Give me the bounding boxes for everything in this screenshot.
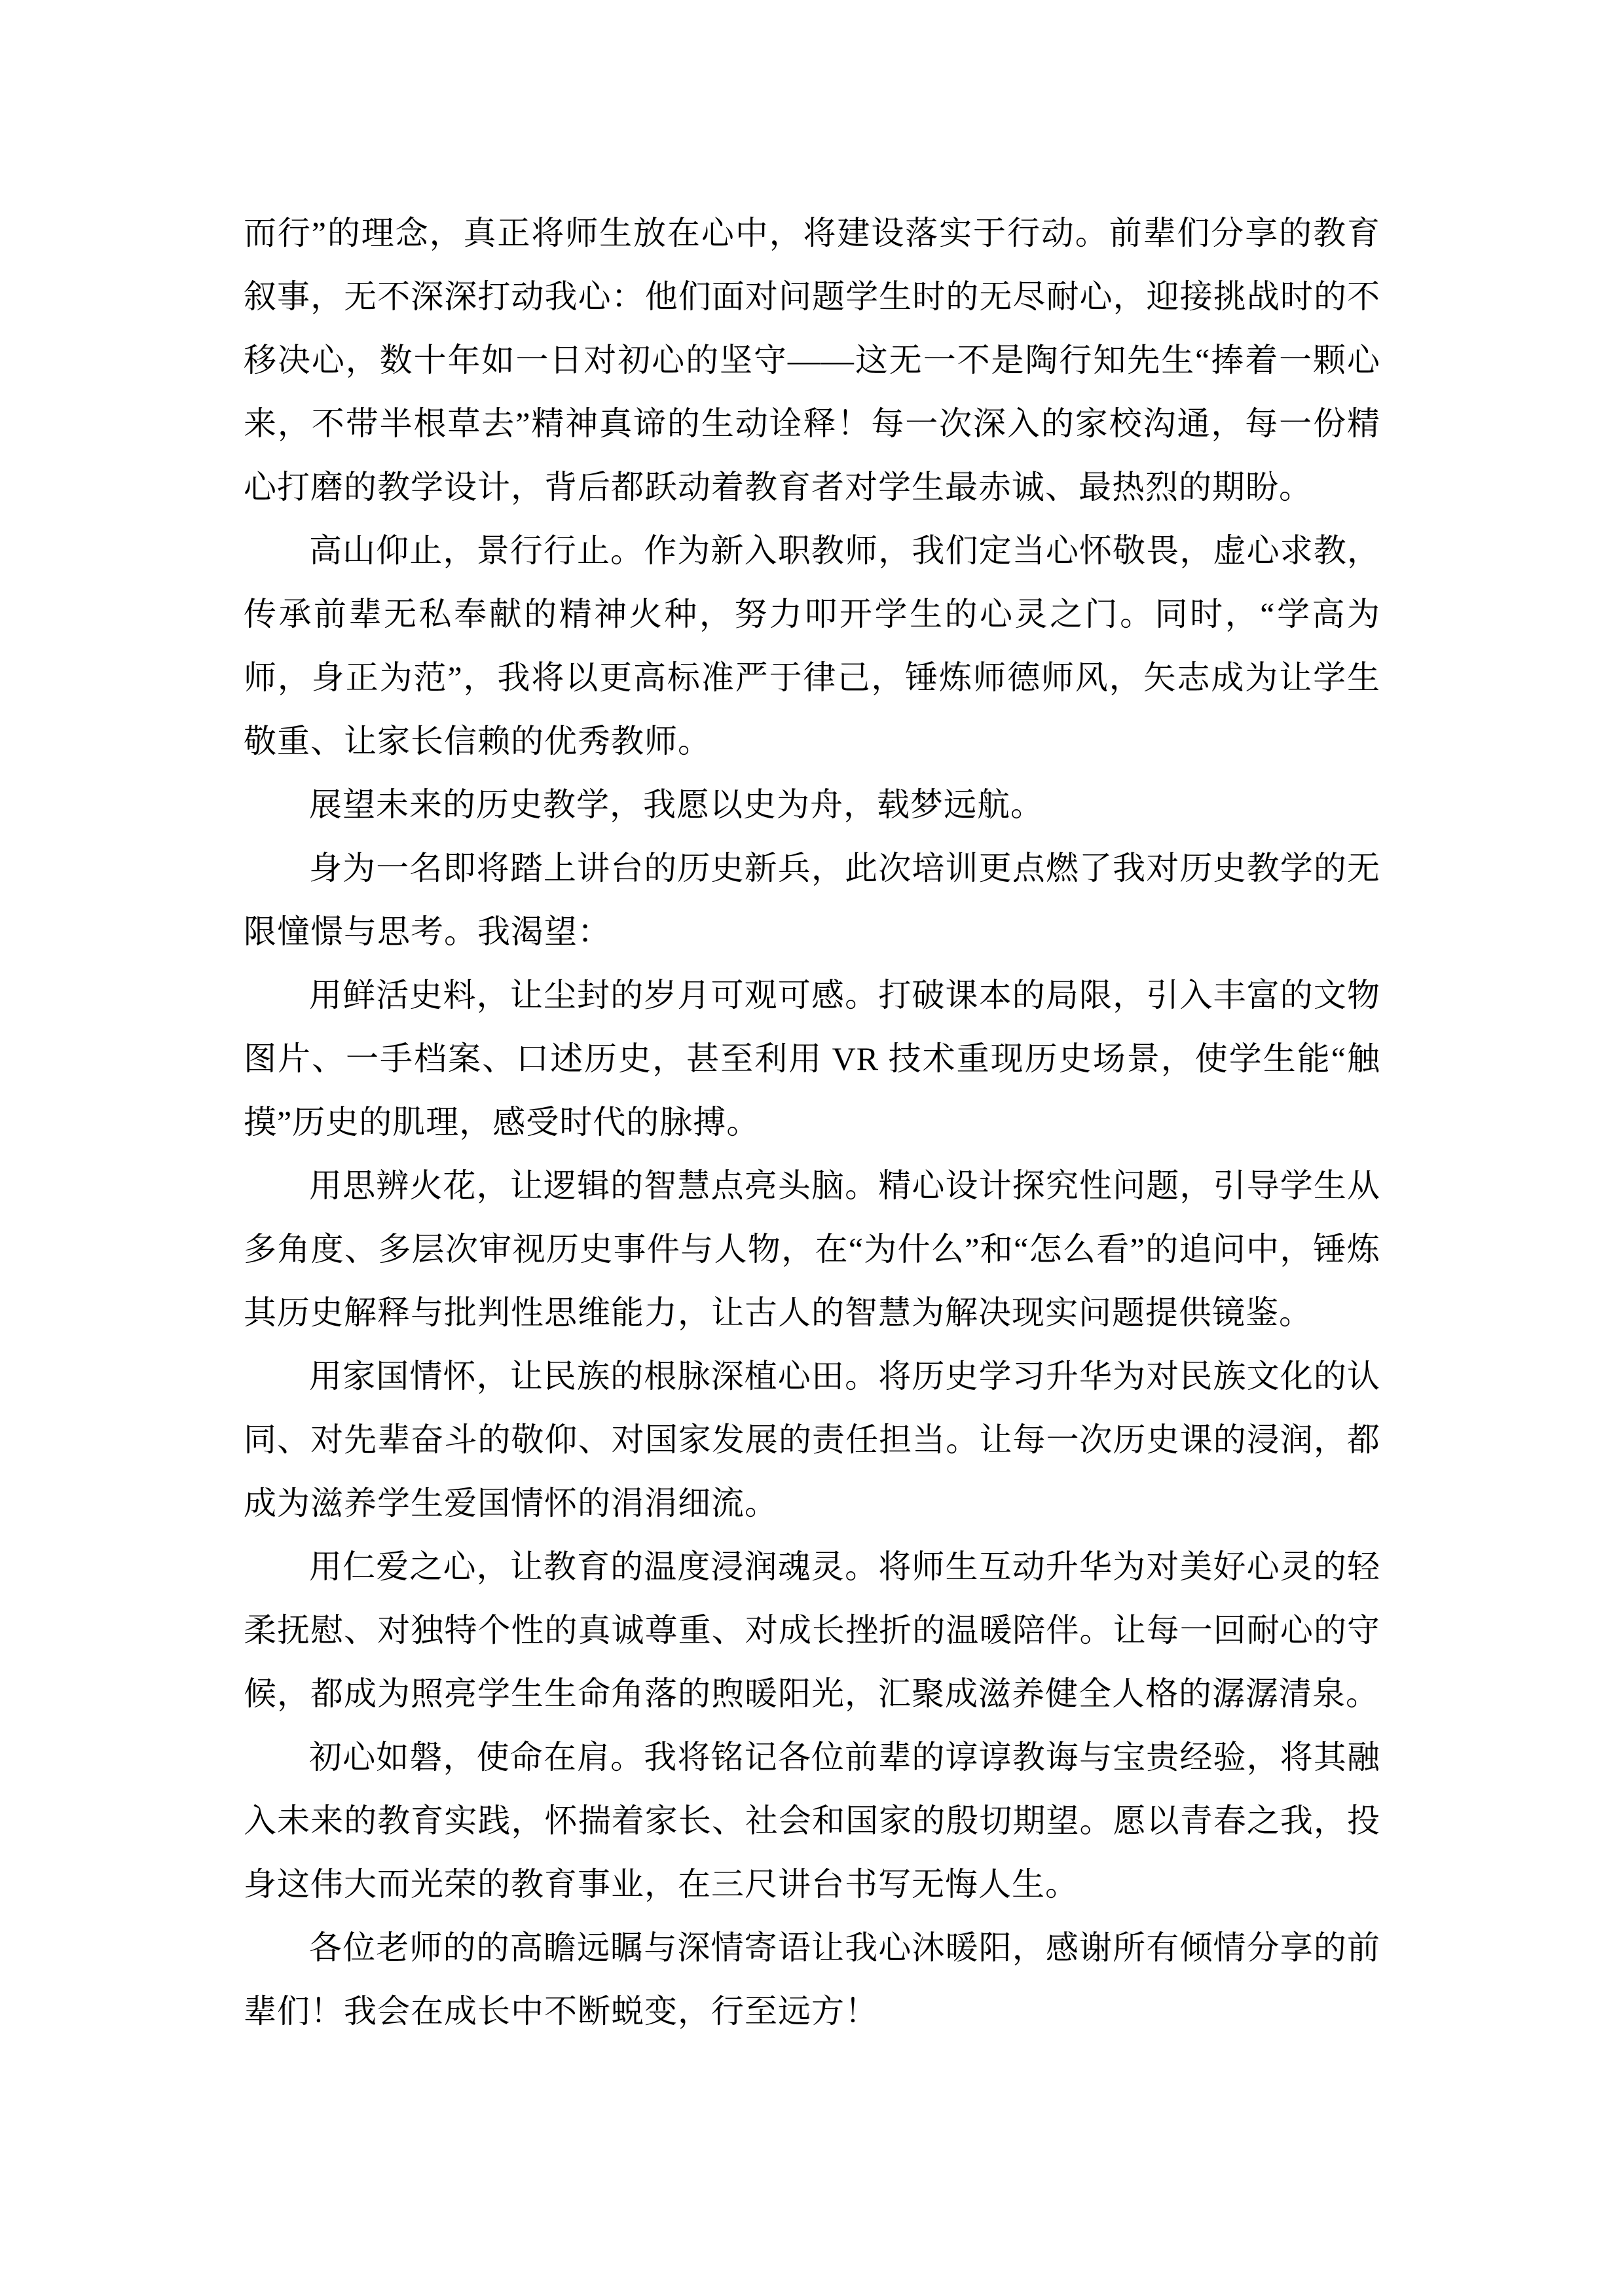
paragraph: 初心如磐，使命在肩。我将铭记各位前辈的谆谆教诲与宝贵经验，将其融入未来的教育实践…: [244, 1726, 1380, 1916]
paragraph: 各位老师的的高瞻远瞩与深情寄语让我心沐暖阳，感谢所有倾情分享的前辈们！我会在成长…: [244, 1916, 1380, 2043]
paragraph: 身为一名即将踏上讲台的历史新兵，此次培训更点燃了我对历史教学的无限憧憬与思考。我…: [244, 837, 1380, 964]
document-page: 而行”的理念，真正将师生放在心中，将建设落实于行动。前辈们分享的教育叙事，无不深…: [0, 0, 1624, 2296]
paragraph: 用鲜活史料，让尘封的岁月可观可感。打破课本的局限，引入丰富的文物图片、一手档案、…: [244, 964, 1380, 1154]
paragraph: 用家国情怀，让民族的根脉深植心田。将历史学习升华为对民族文化的认同、对先辈奋斗的…: [244, 1345, 1380, 1535]
paragraph: 用仁爱之心，让教育的温度浸润魂灵。将师生互动升华为对美好心灵的轻柔抚慰、对独特个…: [244, 1535, 1380, 1726]
paragraph: 展望未来的历史教学，我愿以史为舟，载梦远航。: [244, 773, 1380, 837]
paragraph: 高山仰止，景行行止。作为新入职教师，我们定当心怀敬畏，虚心求教，传承前辈无私奉献…: [244, 519, 1380, 773]
text-block: 而行”的理念，真正将师生放在心中，将建设落实于行动。前辈们分享的教育叙事，无不深…: [244, 202, 1380, 2043]
paragraph: 用思辨火花，让逻辑的智慧点亮头脑。精心设计探究性问题，引导学生从多角度、多层次审…: [244, 1154, 1380, 1345]
paragraph: 而行”的理念，真正将师生放在心中，将建设落实于行动。前辈们分享的教育叙事，无不深…: [244, 202, 1380, 519]
